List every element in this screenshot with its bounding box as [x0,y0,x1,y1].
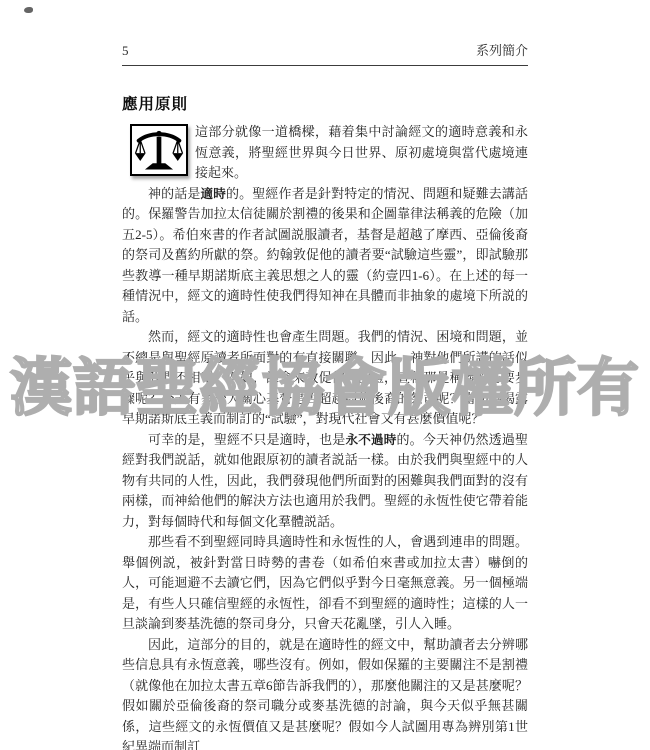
section-heading: 應用原則 [122,92,528,114]
paragraph-text: 這部分就像一道橋樑，藉着集中討論經文的適時意義和永恆意義，將聖經世界與今日世界、… [195,124,528,180]
scan-artifact [24,7,33,13]
paragraph-timeless: 可幸的是，聖經不只是適時，也是永不過時的。今天神仍然透過聖經對我們説話，就如他跟… [122,430,528,533]
paragraph-intro: 這部分就像一道橋樑，藉着集中討論經文的適時意義和永恆意義，將聖經世界與今日世界、… [122,122,528,184]
paragraph-purpose: 因此，這部分的目的，就是在適時性的經文中，幫助讀者去分辨哪些信息具有永恆意義，哪… [122,635,528,750]
running-header-section-title: 系列簡介 [476,40,528,59]
body-text: 這部分就像一道橋樑，藉着集中討論經文的適時意義和永恆意義，將聖經世界與今日世界、… [122,122,528,750]
paragraph-extremes: 那些看不到聖經同時具適時性和永恆性的人，會遇到連串的問題。舉個例説，被針對當日時… [122,532,528,635]
running-header: 5 系列簡介 [122,40,528,66]
paragraph-timely: 神的話是適時的。聖經作者是針對特定的情況、問題和疑難去講話的。保羅警告加拉太信徒… [122,184,528,328]
paragraph-problems: 然而，經文的適時性也會產生問題。我們的情況、困境和問題，並不總是與聖經原讀者所面… [122,327,528,430]
page-number: 5 [122,43,129,59]
book-page: 5 系列簡介 應用原則 這部分就像一道橋樑，藉着集中討 [0,0,650,750]
scales-icon [130,124,188,176]
page-content: 5 系列簡介 應用原則 這部分就像一道橋樑，藉着集中討 [122,40,528,750]
